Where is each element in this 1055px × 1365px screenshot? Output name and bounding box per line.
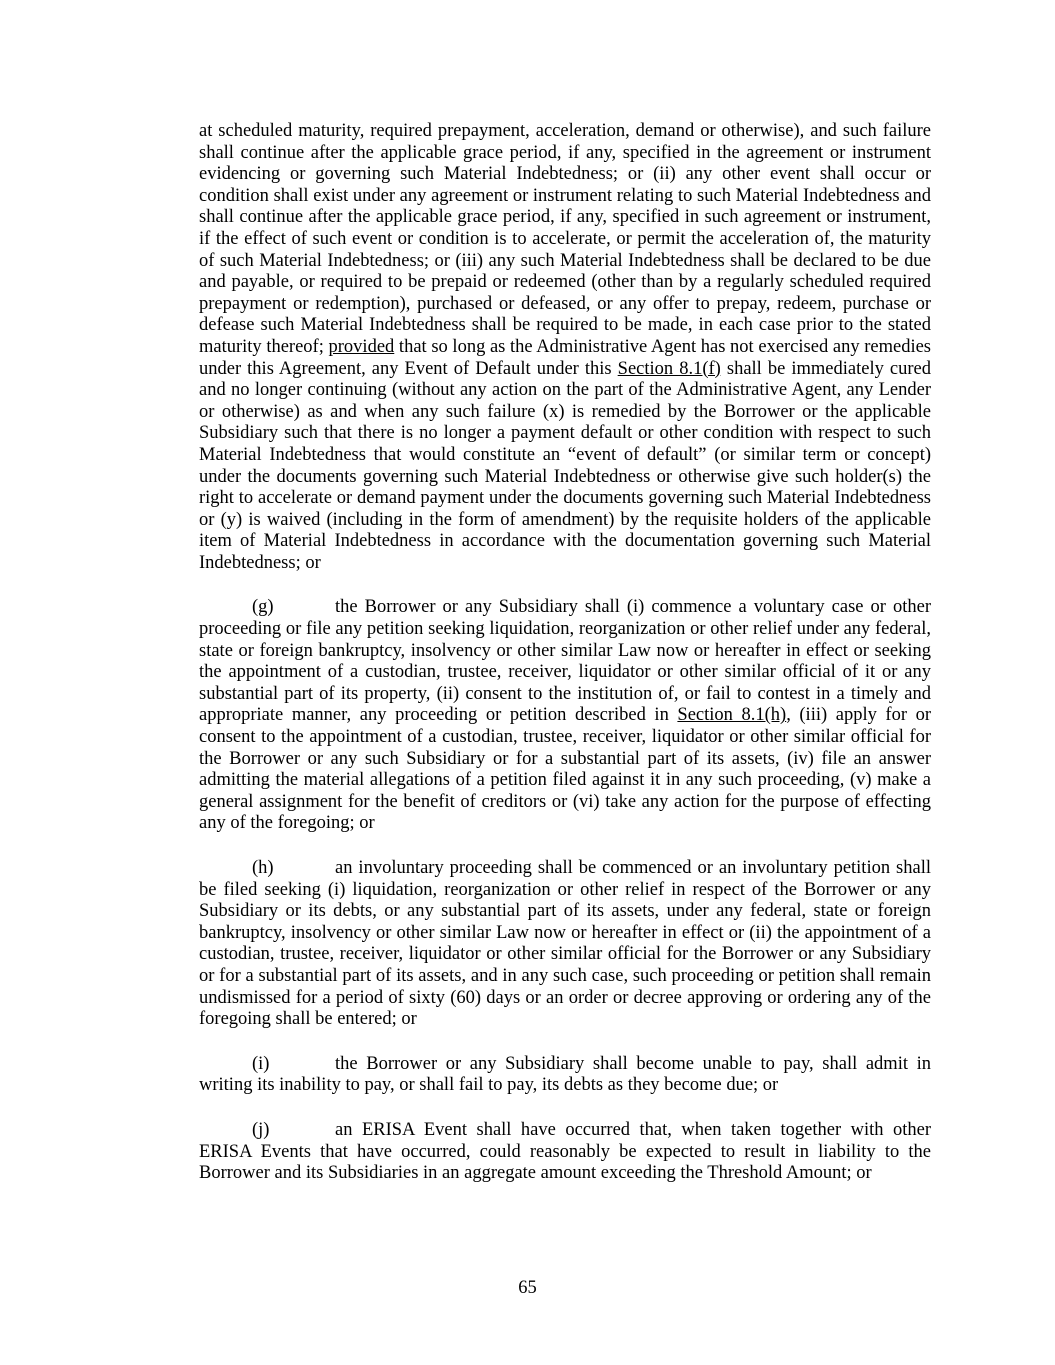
paragraph-label: (i) — [252, 1054, 335, 1076]
text-run: an involuntary proceeding shall be comme… — [199, 858, 931, 1029]
underlined-text-run: Section 8.1(h) — [677, 705, 786, 725]
paragraph: (i)the Borrower or any Subsidiary shall … — [199, 1054, 931, 1097]
paragraph: (h)an involuntary proceeding shall be co… — [199, 858, 931, 1031]
document-page: at scheduled maturity, required prepayme… — [0, 0, 1055, 1365]
document-body: at scheduled maturity, required prepayme… — [199, 121, 931, 1208]
paragraph-label: (g) — [252, 597, 335, 619]
paragraph-label: (j) — [252, 1120, 335, 1142]
text-run: at scheduled maturity, required prepayme… — [199, 121, 931, 357]
text-run: shall be immediately cured and no longer… — [199, 359, 931, 573]
underlined-text-run: provided — [329, 337, 395, 357]
paragraph: (j)an ERISA Event shall have occurred th… — [199, 1120, 931, 1185]
paragraph-label: (h) — [252, 858, 335, 880]
paragraph: at scheduled maturity, required prepayme… — [199, 121, 931, 574]
underlined-text-run: Section 8.1(f) — [618, 359, 721, 379]
page-number: 65 — [0, 1278, 1055, 1300]
paragraph: (g)the Borrower or any Subsidiary shall … — [199, 597, 931, 835]
